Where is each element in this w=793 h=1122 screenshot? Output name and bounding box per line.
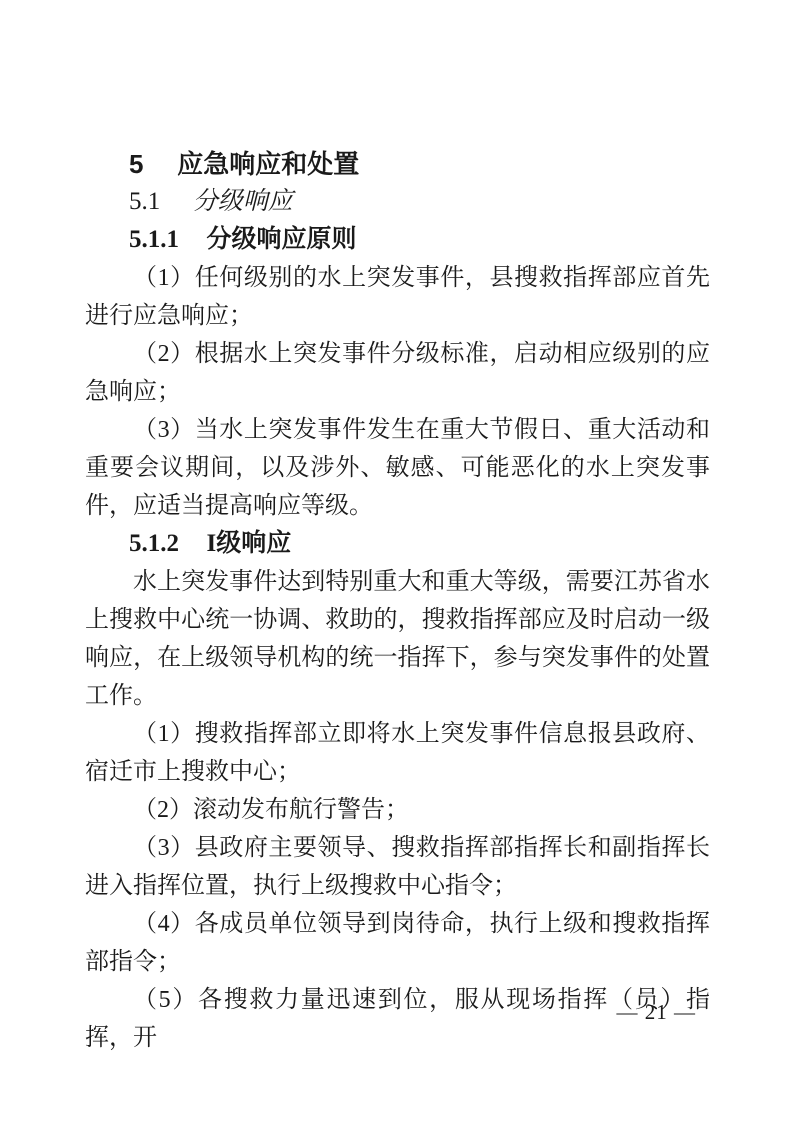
paragraph-item-2: （2）根据水上突发事件分级标准，启动相应级别的应急响应； bbox=[85, 335, 710, 411]
heading-number: 5.1.2 bbox=[129, 530, 179, 557]
heading-5-1: 5.1分级响应 bbox=[85, 183, 710, 221]
heading-5: 5应急响应和处置 bbox=[85, 145, 710, 183]
paragraph-item-3: （3）县政府主要领导、搜救指挥部指挥长和副指挥长进入指挥位置，执行上级搜救中心指… bbox=[85, 829, 710, 905]
paragraph-item-3: （3）当水上突发事件发生在重大节假日、重大活动和重要会议期间，以及涉外、敏感、可… bbox=[85, 411, 710, 525]
heading-number: 5 bbox=[129, 149, 143, 179]
paragraph-intro: 水上突发事件达到特别重大和重大等级，需要江苏省水上搜救中心统一协调、救助的，搜救… bbox=[85, 563, 710, 715]
page-number: — 21 — bbox=[617, 1000, 697, 1025]
paragraph-item-4: （4）各成员单位领导到岗待命，执行上级和搜救指挥部指令； bbox=[85, 905, 710, 981]
paragraph-item-1: （1）任何级别的水上突发事件，县搜救指挥部应首先进行应急响应； bbox=[85, 259, 710, 335]
heading-text: I级响应 bbox=[207, 530, 292, 557]
paragraph-item-1: （1）搜救指挥部立即将水上突发事件信息报县政府、宿迁市上搜救中心； bbox=[85, 715, 710, 791]
heading-text: 应急响应和处置 bbox=[177, 149, 359, 179]
heading-number: 5.1 bbox=[129, 188, 160, 215]
heading-5-1-2: 5.1.2I级响应 bbox=[85, 525, 710, 563]
document-content: 5应急响应和处置 5.1分级响应 5.1.1分级响应原则 （1）任何级别的水上突… bbox=[0, 0, 793, 1057]
heading-number: 5.1.1 bbox=[129, 226, 179, 253]
paragraph-item-2: （2）滚动发布航行警告； bbox=[85, 791, 710, 829]
heading-text: 分级响应 bbox=[193, 188, 293, 215]
document-page: 5应急响应和处置 5.1分级响应 5.1.1分级响应原则 （1）任何级别的水上突… bbox=[0, 0, 793, 1122]
heading-text: 分级响应原则 bbox=[207, 226, 357, 253]
heading-5-1-1: 5.1.1分级响应原则 bbox=[85, 221, 710, 259]
